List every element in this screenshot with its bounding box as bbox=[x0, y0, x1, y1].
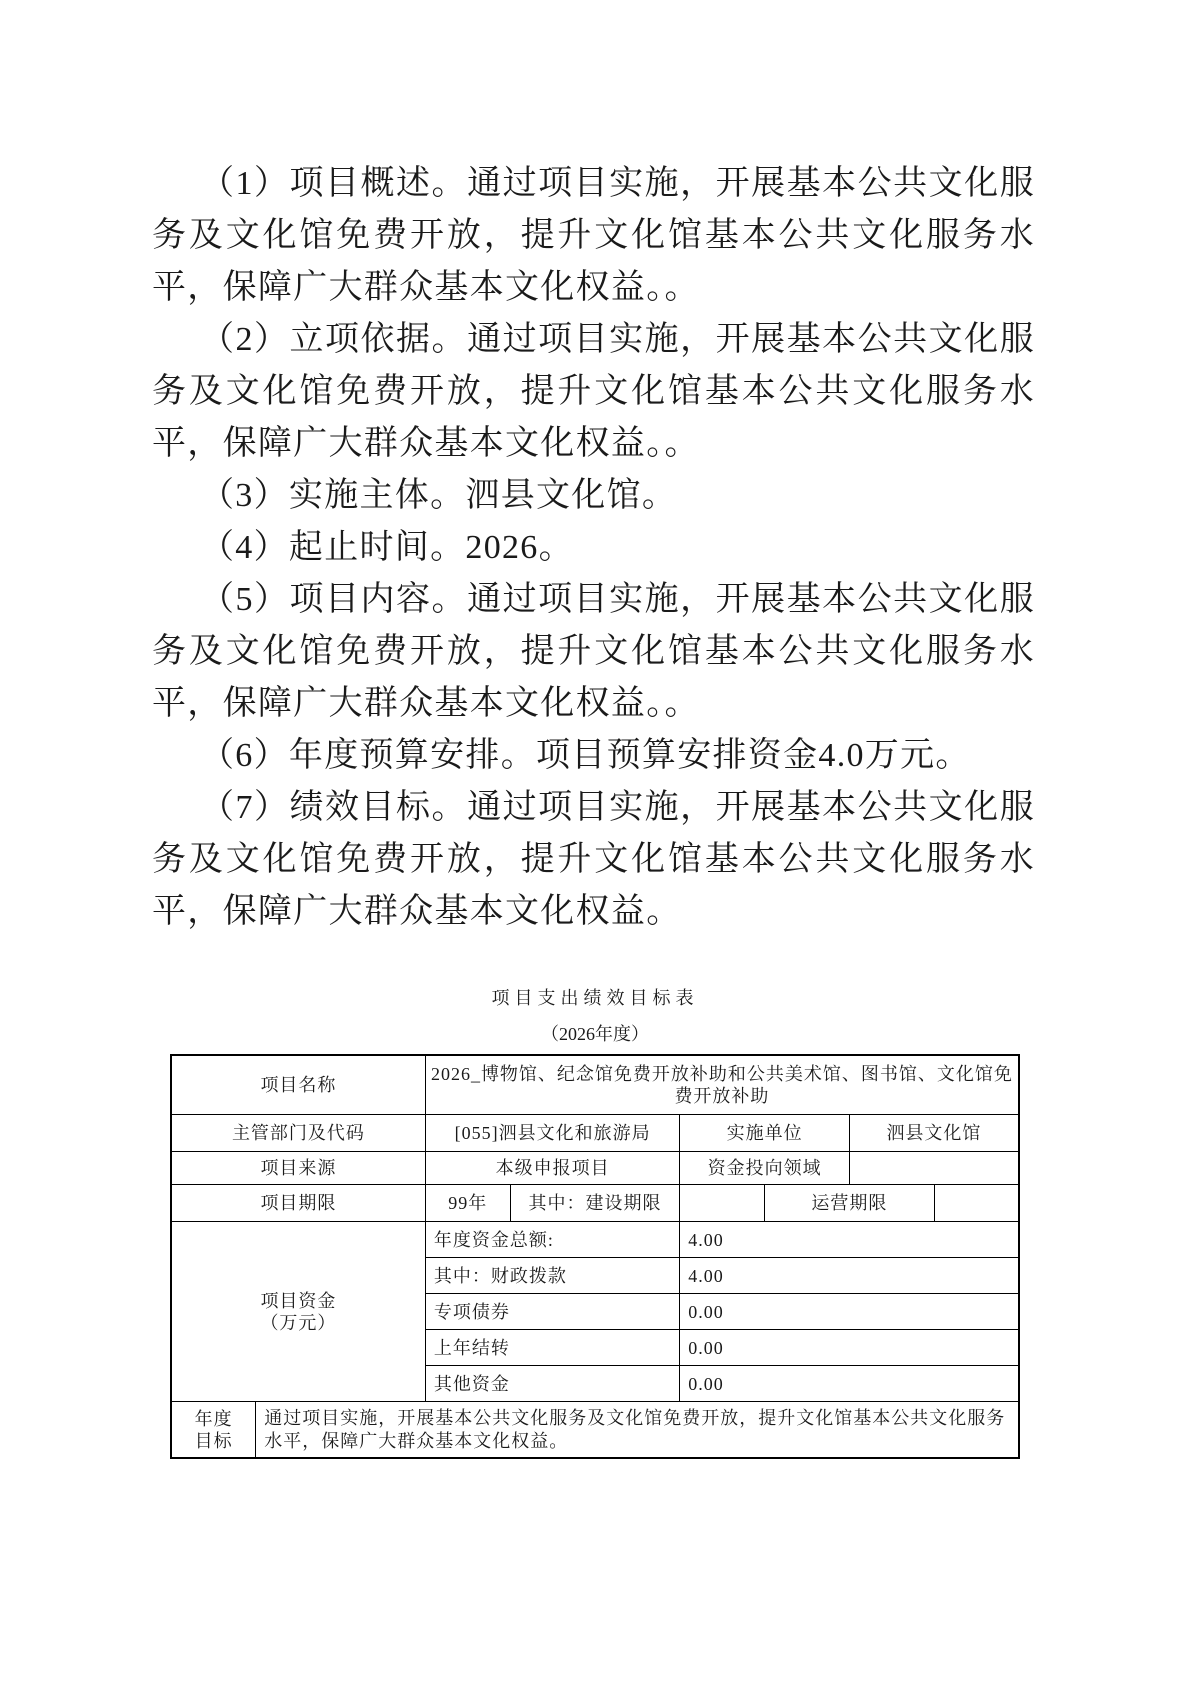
department-value: [055]泗县文化和旅游局 bbox=[425, 1115, 679, 1152]
project-funds-label: 项目资金 （万元） bbox=[171, 1222, 425, 1402]
table-row-department: 主管部门及代码 [055]泗县文化和旅游局 实施单位 泗县文化馆 bbox=[171, 1115, 1019, 1152]
fund-direction-value bbox=[849, 1152, 1019, 1185]
fund-fiscal-label: 其中：财政拨款 bbox=[425, 1258, 679, 1294]
build-period-label: 其中：建设期限 bbox=[510, 1185, 680, 1222]
operate-period-label: 运营期限 bbox=[765, 1185, 935, 1222]
paragraph-project-overview: （1）项目概述。通过项目实施，开展基本公共文化服务及文化馆免费开放，提升文化馆基… bbox=[152, 158, 1035, 314]
project-source-label: 项目来源 bbox=[171, 1152, 425, 1185]
paragraph-project-basis: （2）立项依据。通过项目实施，开展基本公共文化服务及文化馆免费开放，提升文化馆基… bbox=[152, 314, 1035, 470]
fund-total-value: 4.00 bbox=[680, 1222, 1019, 1258]
annual-goal-label: 年度 目标 bbox=[171, 1402, 256, 1459]
paragraph-project-content: （5）项目内容。通过项目实施，开展基本公共文化服务及文化馆免费开放，提升文化馆基… bbox=[152, 574, 1035, 730]
fund-other-label: 其他资金 bbox=[425, 1366, 679, 1402]
project-name-value: 2026_博物馆、纪念馆免费开放补助和公共美术馆、图书馆、文化馆免费开放补助 bbox=[425, 1055, 1019, 1115]
fund-fiscal-value: 4.00 bbox=[680, 1258, 1019, 1294]
table-row-fund-total: 项目资金 （万元） 年度资金总额: 4.00 bbox=[171, 1222, 1019, 1258]
table-title: 项目支出绩效目标表 bbox=[170, 984, 1020, 1012]
project-period-label: 项目期限 bbox=[171, 1185, 425, 1222]
fund-bond-label: 专项债券 bbox=[425, 1294, 679, 1330]
fund-carryover-label: 上年结转 bbox=[425, 1330, 679, 1366]
paragraph-annual-budget: （6）年度预算安排。项目预算安排资金4.0万元。 bbox=[152, 730, 1035, 782]
fund-other-value: 0.00 bbox=[680, 1366, 1019, 1402]
table-row-project-name: 项目名称 2026_博物馆、纪念馆免费开放补助和公共美术馆、图书馆、文化馆免费开… bbox=[171, 1055, 1019, 1115]
table-header-block: 项目支出绩效目标表 （2026年度） bbox=[170, 984, 1020, 1048]
fund-total-label: 年度资金总额: bbox=[425, 1222, 679, 1258]
department-label: 主管部门及代码 bbox=[171, 1115, 425, 1152]
project-period-value: 99年 bbox=[425, 1185, 510, 1222]
document-page: （1）项目概述。通过项目实施，开展基本公共文化服务及文化馆免费开放，提升文化馆基… bbox=[0, 0, 1190, 1684]
table-row-project-source: 项目来源 本级申报项目 资金投向领域 bbox=[171, 1152, 1019, 1185]
table-subtitle: （2026年度） bbox=[170, 1020, 1020, 1048]
build-period-value bbox=[680, 1185, 765, 1222]
document-body: （1）项目概述。通过项目实施，开展基本公共文化服务及文化馆免费开放，提升文化馆基… bbox=[152, 0, 1035, 938]
paragraph-implementing-body: （3）实施主体。泗县文化馆。 bbox=[152, 470, 1035, 522]
document-content: （1）项目概述。通过项目实施，开展基本公共文化服务及文化馆免费开放，提升文化馆基… bbox=[152, 0, 1035, 1459]
fund-carryover-value: 0.00 bbox=[680, 1330, 1019, 1366]
project-name-label: 项目名称 bbox=[171, 1055, 425, 1115]
table-row-project-period: 项目期限 99年 其中：建设期限 运营期限 bbox=[171, 1185, 1019, 1222]
implement-unit-value: 泗县文化馆 bbox=[849, 1115, 1019, 1152]
paragraph-performance-target: （7）绩效目标。通过项目实施，开展基本公共文化服务及文化馆免费开放，提升文化馆基… bbox=[152, 782, 1035, 938]
operate-period-value bbox=[934, 1185, 1019, 1222]
annual-goal-value: 通过项目实施，开展基本公共文化服务及文化馆免费开放，提升文化馆基本公共文化服务水… bbox=[256, 1402, 1019, 1459]
fund-bond-value: 0.00 bbox=[680, 1294, 1019, 1330]
table-row-annual-goal: 年度 目标 通过项目实施，开展基本公共文化服务及文化馆免费开放，提升文化馆基本公… bbox=[171, 1402, 1019, 1459]
paragraph-time-span: （4）起止时间。2026。 bbox=[152, 522, 1035, 574]
fund-direction-label: 资金投向领域 bbox=[680, 1152, 850, 1185]
project-source-value: 本级申报项目 bbox=[425, 1152, 679, 1185]
performance-target-table: 项目名称 2026_博物馆、纪念馆免费开放补助和公共美术馆、图书馆、文化馆免费开… bbox=[170, 1054, 1020, 1459]
implement-unit-label: 实施单位 bbox=[680, 1115, 850, 1152]
